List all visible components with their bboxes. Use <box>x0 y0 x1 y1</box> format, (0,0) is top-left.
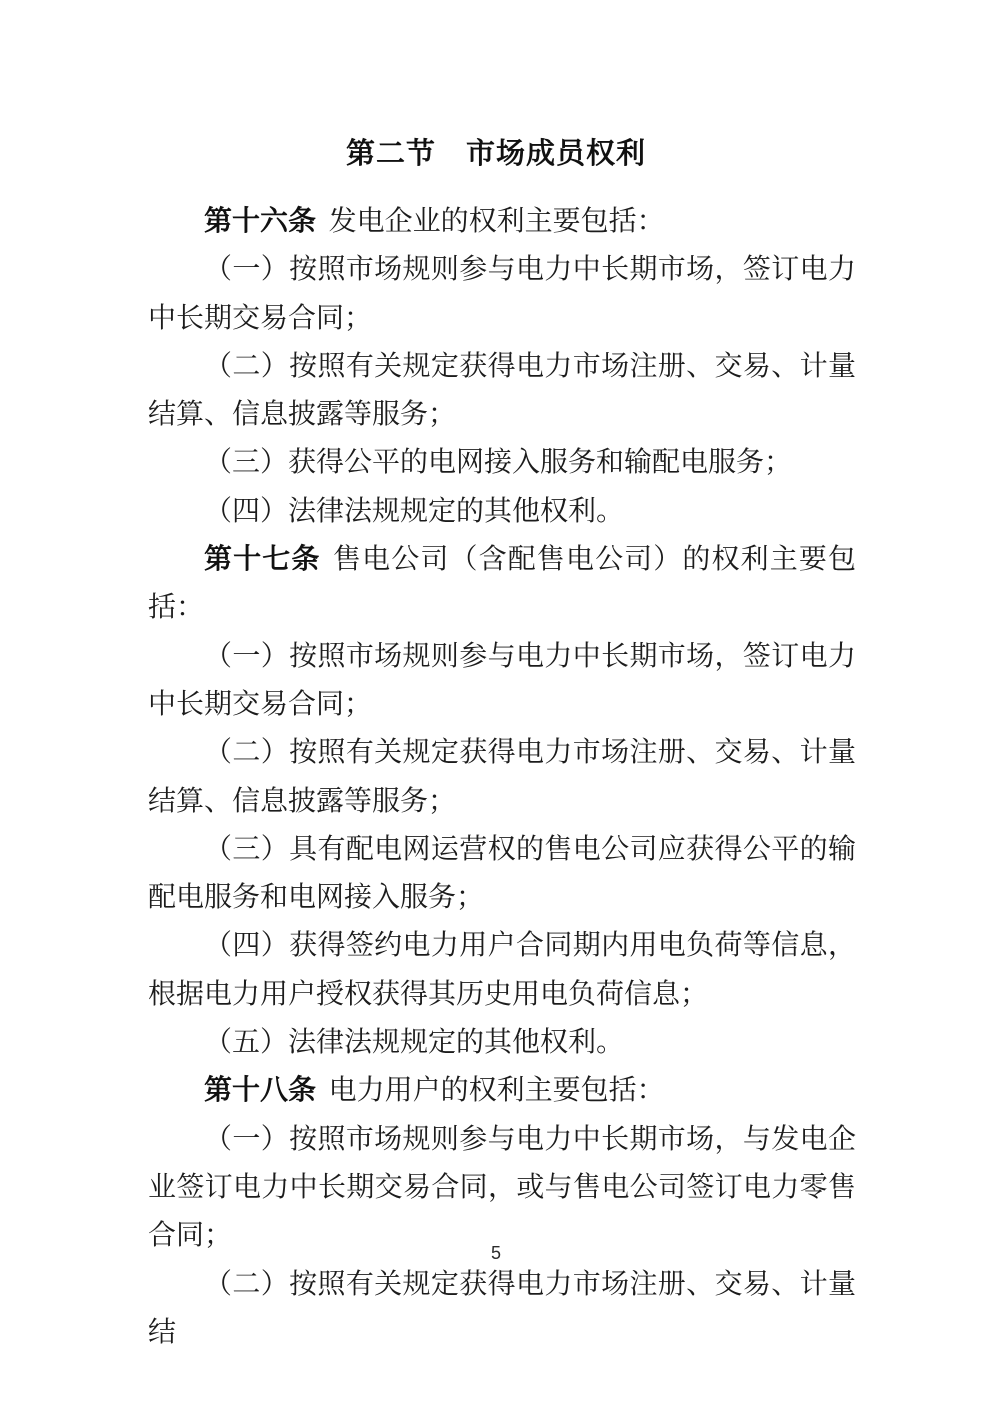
article-number: 第十六条 <box>204 206 316 237</box>
paragraph-text: （三）具有配电网运营权的售电公司应获得公平的输配电服务和电网接入服务； <box>148 834 856 913</box>
paragraph-text: （一）按照市场规则参与电力中长期市场，签订电力中长期交易合同； <box>148 641 856 720</box>
paragraph: （三）获得公平的电网接入服务和输配电服务； <box>148 439 856 487</box>
paragraph: （五）法律法规规定的其他权利。 <box>148 1019 856 1067</box>
paragraph: （四）获得签约电力用户合同期内用电负荷等信息，根据电力用户授权获得其历史用电负荷… <box>148 922 856 1019</box>
article-number: 第十七条 <box>204 544 320 575</box>
section-title: 第二节 市场成员权利 <box>0 131 992 172</box>
paragraph-text: （二）按照有关规定获得电力市场注册、交易、计量结算、信息披露等服务； <box>148 737 856 816</box>
paragraph-text: （一）按照市场规则参与电力中长期市场，签订电力中长期交易合同； <box>148 254 856 333</box>
paragraph: （二）按照有关规定获得电力市场注册、交易、计量结算、信息披露等服务； <box>148 343 856 440</box>
paragraph: （二）按照有关规定获得电力市场注册、交易、计量结 <box>148 1261 856 1358</box>
paragraph: （三）具有配电网运营权的售电公司应获得公平的输配电服务和电网接入服务； <box>148 826 856 923</box>
paragraph: 第十八条电力用户的权利主要包括： <box>148 1067 856 1115</box>
paragraph-text: 电力用户的权利主要包括： <box>329 1075 665 1106</box>
paragraph-text: （五）法律法规规定的其他权利。 <box>204 1027 624 1058</box>
paragraph-text: （一）按照市场规则参与电力中长期市场，与发电企业签订电力中长期交易合同，或与售电… <box>148 1124 856 1252</box>
paragraph: 第十六条发电企业的权利主要包括： <box>148 198 856 246</box>
paragraph-text: （三）获得公平的电网接入服务和输配电服务； <box>204 447 792 478</box>
paragraph-text: （二）按照有关规定获得电力市场注册、交易、计量结算、信息披露等服务； <box>148 351 856 430</box>
paragraph: 第十七条售电公司（含配售电公司）的权利主要包括： <box>148 536 856 633</box>
paragraph: （一）按照市场规则参与电力中长期市场，签订电力中长期交易合同； <box>148 246 856 343</box>
paragraph-text: （四）获得签约电力用户合同期内用电负荷等信息，根据电力用户授权获得其历史用电负荷… <box>148 930 856 1009</box>
paragraph-text: （四）法律法规规定的其他权利。 <box>204 496 624 527</box>
paragraph: （一）按照市场规则参与电力中长期市场，与发电企业签订电力中长期交易合同，或与售电… <box>148 1116 856 1261</box>
article-number: 第十八条 <box>204 1075 316 1106</box>
document-body: 第十六条发电企业的权利主要包括：（一）按照市场规则参与电力中长期市场，签订电力中… <box>148 198 856 1357</box>
paragraph-text: （二）按照有关规定获得电力市场注册、交易、计量结 <box>148 1269 856 1348</box>
paragraph-text: 发电企业的权利主要包括： <box>329 206 665 237</box>
paragraph: （四）法律法规规定的其他权利。 <box>148 488 856 536</box>
paragraph: （一）按照市场规则参与电力中长期市场，签订电力中长期交易合同； <box>148 633 856 730</box>
page-number: 5 <box>0 1243 992 1264</box>
paragraph: （二）按照有关规定获得电力市场注册、交易、计量结算、信息披露等服务； <box>148 729 856 826</box>
document-page: 第二节 市场成员权利 第十六条发电企业的权利主要包括：（一）按照市场规则参与电力… <box>0 0 992 1403</box>
